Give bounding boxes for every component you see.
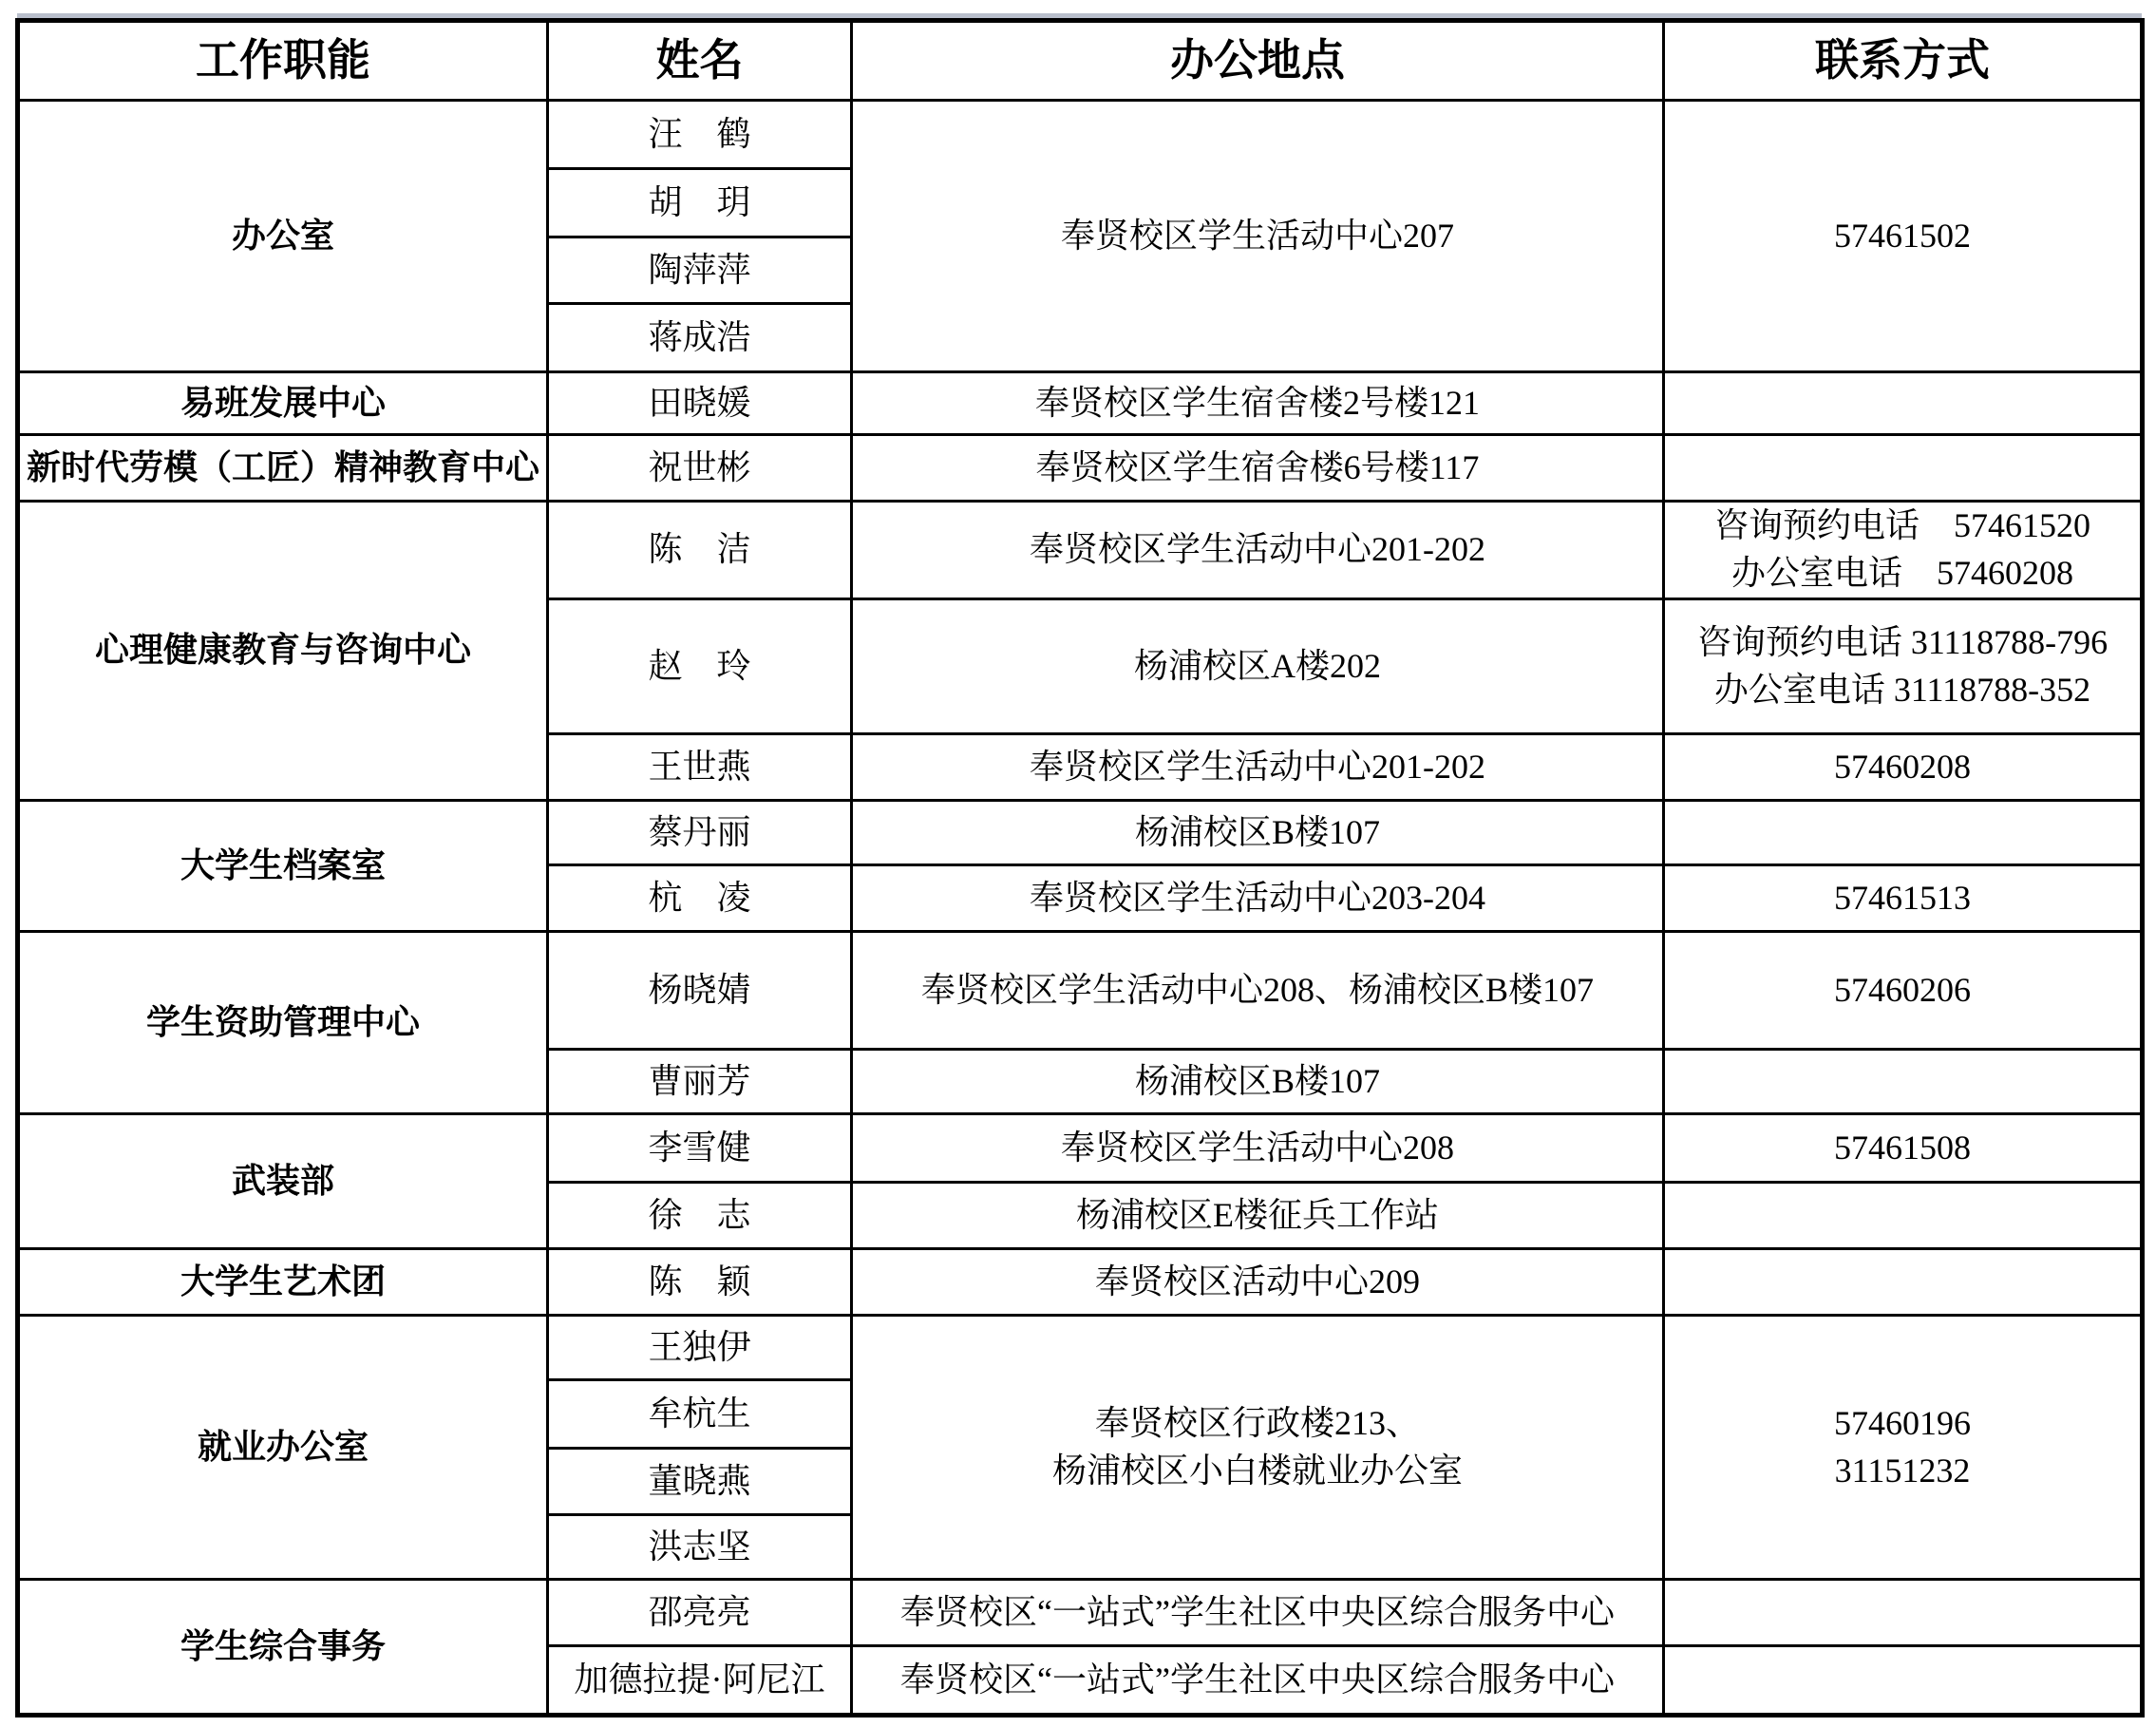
location-cell: 奉贤校区“一站式”学生社区中央区综合服务中心 <box>852 1580 1664 1646</box>
name-cell: 李雪健 <box>548 1114 852 1183</box>
location-cell: 奉贤校区学生活动中心201-202 <box>852 502 1664 599</box>
name-cell: 汪 鹤 <box>548 101 852 169</box>
table-row: 学生综合事务 邵亮亮 奉贤校区“一站式”学生社区中央区综合服务中心 <box>18 1580 2143 1646</box>
location-cell: 奉贤校区学生宿舍楼2号楼121 <box>852 372 1664 435</box>
function-cell: 学生综合事务 <box>18 1580 548 1716</box>
col-header-contact: 联系方式 <box>1664 21 2143 101</box>
function-cell: 武装部 <box>18 1114 548 1249</box>
location-cell: 杨浦校区A楼202 <box>852 599 1664 734</box>
table-row: 学生资助管理中心 杨晓婧 奉贤校区学生活动中心208、杨浦校区B楼107 574… <box>18 932 2143 1050</box>
contact-cell: 57461513 <box>1664 865 2143 932</box>
name-cell: 胡 玥 <box>548 169 852 237</box>
location-cell: 奉贤校区学生活动中心207 <box>852 101 1664 372</box>
name-cell: 牟杭生 <box>548 1380 852 1449</box>
name-cell: 王世燕 <box>548 734 852 801</box>
contact-line: 办公室电话 31118788-352 <box>1669 667 2136 714</box>
name-cell: 杭 凌 <box>548 865 852 932</box>
page: 工作职能 姓名 办公地点 联系方式 办公室 汪 鹤 奉贤校区学生活动中心207 … <box>0 0 2156 1727</box>
location-cell: 奉贤校区活动中心209 <box>852 1249 1664 1316</box>
location-cell: 奉贤校区学生活动中心208、杨浦校区B楼107 <box>852 932 1664 1050</box>
name-cell: 蔡丹丽 <box>548 801 852 865</box>
location-cell: 奉贤校区“一站式”学生社区中央区综合服务中心 <box>852 1646 1664 1716</box>
name-cell: 赵 玲 <box>548 599 852 734</box>
function-cell: 易班发展中心 <box>18 372 548 435</box>
location-cell: 杨浦校区B楼107 <box>852 1050 1664 1114</box>
name-cell: 杨晓婧 <box>548 932 852 1050</box>
name-cell: 蒋成浩 <box>548 304 852 372</box>
location-cell: 奉贤校区学生活动中心201-202 <box>852 734 1664 801</box>
name-cell: 陈 洁 <box>548 502 852 599</box>
contact-line: 咨询预约电话 31118788-796 <box>1669 619 2136 667</box>
contact-cell <box>1664 1050 2143 1114</box>
contact-directory-table: 工作职能 姓名 办公地点 联系方式 办公室 汪 鹤 奉贤校区学生活动中心207 … <box>15 18 2145 1718</box>
contact-cell: 57461508 <box>1664 1114 2143 1183</box>
location-cell: 奉贤校区行政楼213、 杨浦校区小白楼就业办公室 <box>852 1316 1664 1580</box>
function-cell: 就业办公室 <box>18 1316 548 1580</box>
name-cell: 陶萍萍 <box>548 237 852 304</box>
contact-cell <box>1664 1646 2143 1716</box>
contact-cell: 57460206 <box>1664 932 2143 1050</box>
location-cell: 杨浦校区E楼征兵工作站 <box>852 1183 1664 1249</box>
contact-cell: 咨询预约电话 31118788-796 办公室电话 31118788-352 <box>1664 599 2143 734</box>
header-row: 工作职能 姓名 办公地点 联系方式 <box>18 21 2143 101</box>
name-cell: 田晓媛 <box>548 372 852 435</box>
name-cell: 邵亮亮 <box>548 1580 852 1646</box>
function-cell: 新时代劳模（工匠）精神教育中心 <box>18 435 548 502</box>
col-header-function: 工作职能 <box>18 21 548 101</box>
table-row: 大学生档案室 蔡丹丽 杨浦校区B楼107 <box>18 801 2143 865</box>
contact-cell <box>1664 372 2143 435</box>
col-header-location: 办公地点 <box>852 21 1664 101</box>
name-cell: 徐 志 <box>548 1183 852 1249</box>
location-cell: 奉贤校区学生活动中心203-204 <box>852 865 1664 932</box>
contact-cell <box>1664 1249 2143 1316</box>
function-cell: 心理健康教育与咨询中心 <box>18 502 548 801</box>
contact-cell <box>1664 435 2143 502</box>
name-cell: 陈 颖 <box>548 1249 852 1316</box>
name-cell: 董晓燕 <box>548 1449 852 1515</box>
name-cell: 王独伊 <box>548 1316 852 1380</box>
name-cell: 加德拉提·阿尼江 <box>548 1646 852 1716</box>
table-row: 大学生艺术团 陈 颖 奉贤校区活动中心209 <box>18 1249 2143 1316</box>
location-cell: 奉贤校区学生活动中心208 <box>852 1114 1664 1183</box>
contact-line: 31151232 <box>1669 1448 2136 1495</box>
contact-cell: 57460208 <box>1664 734 2143 801</box>
table-row: 易班发展中心 田晓媛 奉贤校区学生宿舍楼2号楼121 <box>18 372 2143 435</box>
name-cell: 洪志坚 <box>548 1515 852 1580</box>
location-line: 杨浦校区小白楼就业办公室 <box>857 1448 1658 1495</box>
name-cell: 曹丽芳 <box>548 1050 852 1114</box>
function-cell: 大学生档案室 <box>18 801 548 932</box>
table-row: 新时代劳模（工匠）精神教育中心 祝世彬 奉贤校区学生宿舍楼6号楼117 <box>18 435 2143 502</box>
function-cell: 办公室 <box>18 101 548 372</box>
table-row: 心理健康教育与咨询中心 陈 洁 奉贤校区学生活动中心201-202 咨询预约电话… <box>18 502 2143 599</box>
contact-cell <box>1664 801 2143 865</box>
contact-cell: 57461502 <box>1664 101 2143 372</box>
location-cell: 奉贤校区学生宿舍楼6号楼117 <box>852 435 1664 502</box>
contact-cell <box>1664 1580 2143 1646</box>
contact-cell <box>1664 1183 2143 1249</box>
table-row: 就业办公室 王独伊 奉贤校区行政楼213、 杨浦校区小白楼就业办公室 57460… <box>18 1316 2143 1380</box>
col-header-name: 姓名 <box>548 21 852 101</box>
function-cell: 学生资助管理中心 <box>18 932 548 1114</box>
contact-cell: 咨询预约电话 57461520 办公室电话 57460208 <box>1664 502 2143 599</box>
function-cell: 大学生艺术团 <box>18 1249 548 1316</box>
table-row: 办公室 汪 鹤 奉贤校区学生活动中心207 57461502 <box>18 101 2143 169</box>
contact-line: 办公室电话 57460208 <box>1669 550 2136 598</box>
contact-line: 57460196 <box>1669 1400 2136 1448</box>
location-cell: 杨浦校区B楼107 <box>852 801 1664 865</box>
contact-line: 咨询预约电话 57461520 <box>1669 503 2136 550</box>
location-line: 奉贤校区行政楼213、 <box>857 1400 1658 1448</box>
contact-cell: 57460196 31151232 <box>1664 1316 2143 1580</box>
table-row: 武装部 李雪健 奉贤校区学生活动中心208 57461508 <box>18 1114 2143 1183</box>
name-cell: 祝世彬 <box>548 435 852 502</box>
